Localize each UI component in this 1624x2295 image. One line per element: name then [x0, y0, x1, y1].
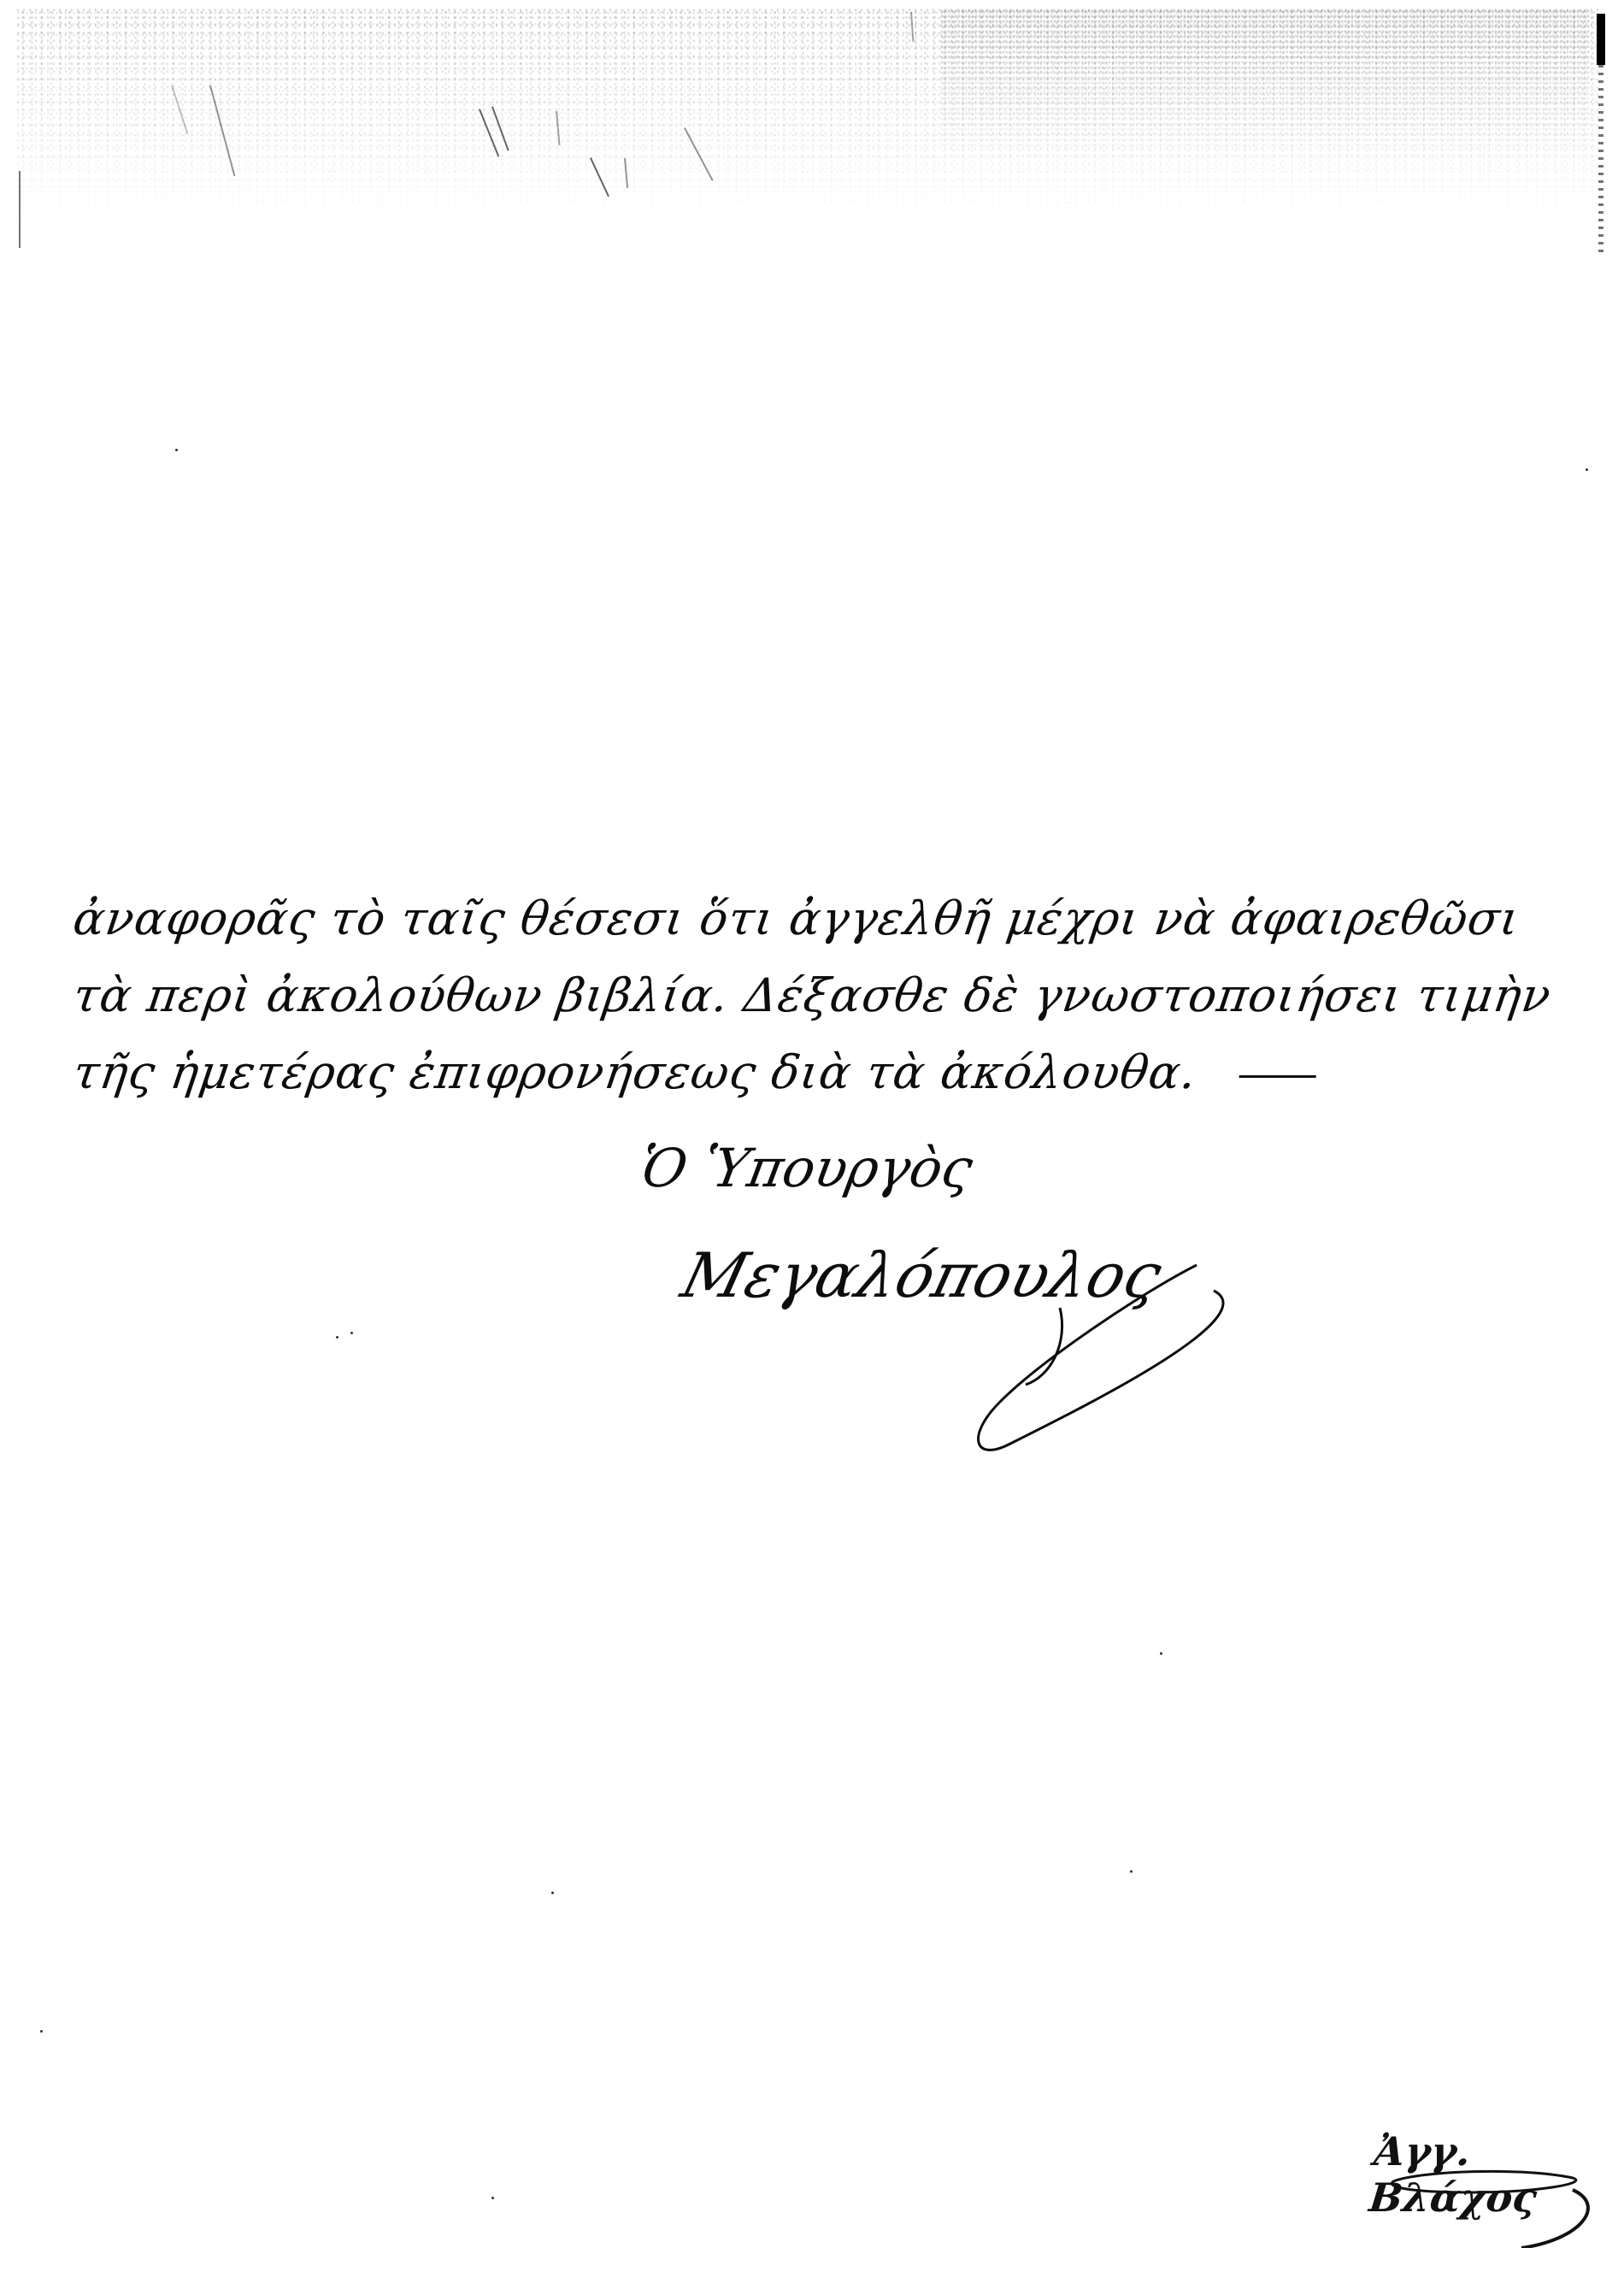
scan-speck: [551, 1892, 554, 1894]
archive-signature: Ἀγγ. Βλάχος: [1368, 2111, 1624, 2248]
scan-speck: [1130, 1870, 1133, 1873]
scan-speck: [175, 449, 178, 451]
archive-underline-flourish-icon: [1368, 2111, 1624, 2248]
signature-flourish-icon: [667, 1214, 1282, 1453]
scan-edge-bar: [1597, 14, 1605, 65]
letter-line-1: ἀναφορᾶς τὸ ταῖς θέσεσι ὅτι ἀγγελθῆ μέχρ…: [68, 880, 1601, 957]
scan-left-edge-line: [19, 171, 21, 248]
scan-edge-bar-fade: [1598, 65, 1603, 253]
signature-main: Μεγαλόπουλος: [667, 1214, 1282, 1453]
letter-body: ἀναφορᾶς τὸ ταῖς θέσεσι ὅτι ἀγγελθῆ μέχρ…: [68, 880, 1590, 1111]
scan-noise-top-right: [940, 9, 1590, 162]
letter-line-3: τῆς ἡμετέρας ἐπιφρονήσεως διὰ τὰ ἀκόλουθ…: [68, 1034, 1601, 1111]
closing-title: Ὁ Ὑπουργὸς: [636, 1137, 978, 1199]
scan-speck: [1160, 1652, 1162, 1655]
letter-line-2: τὰ περὶ ἀκολούθων βιβλία. Δέξασθε δὲ γνω…: [68, 957, 1601, 1034]
letter-line-3-text: τῆς ἡμετέρας ἐπιφρονήσεως διὰ τὰ ἀκόλουθ…: [70, 1045, 1200, 1099]
scan-speck: [350, 1332, 353, 1334]
scan-speck: [1586, 468, 1588, 471]
line-end-dash: [1239, 1075, 1315, 1078]
scan-speck: [336, 1336, 338, 1339]
scan-speck: [40, 2030, 43, 2033]
scan-speck: [491, 2197, 494, 2199]
